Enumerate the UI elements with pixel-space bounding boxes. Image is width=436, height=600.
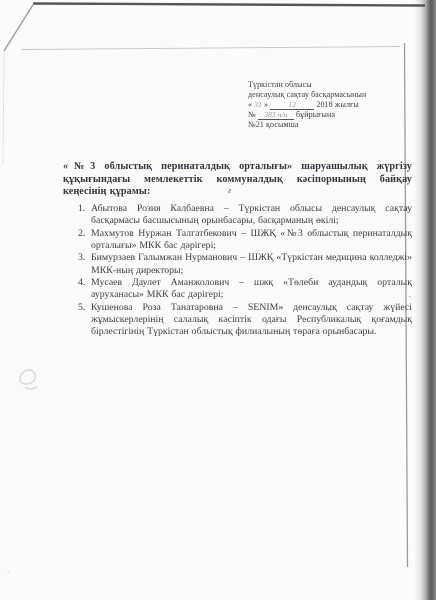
- item-number: 2.: [78, 228, 91, 240]
- item-text: Кушенова Роза Танатаровна – SENIM» денса…: [91, 302, 412, 338]
- scanned-document-page: { "scan": { "header": { "line1": "Түркіс…: [0, 0, 436, 600]
- stray-print-mark: ғ: [228, 185, 231, 195]
- item-text: Абытова Розия Калбаевна – Түркістан облы…: [91, 203, 412, 226]
- date-month-blank: 12: [270, 101, 314, 110]
- pen-scribble-mark: [20, 370, 37, 389]
- header-region-line2: денсаулық сақтау басқармасынын: [248, 90, 414, 100]
- page-top-edge-line: [33, 4, 425, 6]
- order-suffix-text: бұйрығына: [296, 110, 335, 119]
- header-order-line: № 383 ч/н бұйрығына: [248, 110, 414, 120]
- handwritten-order-number: 383 ч/н: [264, 110, 287, 119]
- scanner-edge-band: [414, 0, 436, 600]
- handwritten-day: 31: [254, 100, 262, 109]
- header-region-line1: Түркістан облысы: [248, 80, 414, 90]
- list-item: 3.Бимурзаев Галымжан Нурманович – ШЖҚ «Т…: [78, 252, 412, 277]
- order-number-sign: №: [248, 110, 256, 119]
- item-number: 3.: [78, 252, 91, 264]
- date-open-quote: «: [248, 100, 252, 109]
- handwritten-month: 12: [288, 100, 296, 109]
- page-left-edge-faint: [3, 51, 4, 165]
- order-number-blank: 383 ч/н: [258, 111, 294, 120]
- date-year-text: 2018 жылғы: [316, 100, 359, 109]
- page-corner-diagonal: [4, 4, 34, 51]
- header-date-line: « 31 » 12 2018 жылғы: [248, 100, 414, 110]
- item-text: Махмутов Нуржан Талгатбекович – ШЖҚ «№3 …: [91, 228, 412, 251]
- council-members-list: 1.Абытова Розия Калбаевна – Түркістан об…: [78, 203, 412, 339]
- item-text: Бимурзаев Галымжан Нурманович – ШЖҚ «Түр…: [91, 252, 412, 275]
- item-text: Мусаев Даулет Аманжолович – шжқ «Төлеби …: [91, 277, 412, 300]
- approval-header: Түркістан облысы денсаулық сақтау басқар…: [248, 80, 414, 130]
- item-number: 1.: [78, 203, 91, 215]
- header-appendix-line: №21 қосымша: [248, 120, 414, 130]
- underlying-page-edge-line: [22, 47, 400, 50]
- list-item: 1.Абытова Розия Калбаевна – Түркістан об…: [78, 203, 412, 228]
- document-title: «№3 облыстық перинаталдық орталығы» шару…: [63, 161, 412, 199]
- list-item: 2.Махмутов Нуржан Талгатбекович – ШЖҚ «№…: [78, 228, 412, 253]
- list-item: 4.Мусаев Даулет Аманжолович – шжқ «Төлеб…: [78, 277, 412, 302]
- item-number: 5.: [78, 302, 91, 314]
- list-item: 5.Кушенова Роза Танатаровна – SENIM» ден…: [78, 302, 412, 339]
- date-close-quote: »: [264, 100, 268, 109]
- bottom-left-speck: [8, 572, 10, 573]
- item-number: 4.: [78, 277, 91, 289]
